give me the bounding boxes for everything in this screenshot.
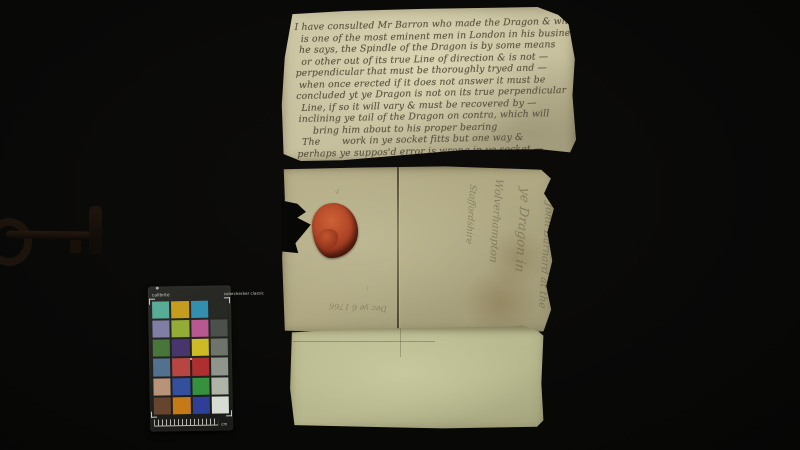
- color-patch: [153, 378, 171, 395]
- registration-corner-icon: [224, 297, 230, 303]
- color-patch: [153, 359, 171, 376]
- key-shaft: [6, 230, 92, 239]
- photo-background: I have consulted Mr Barron who made the …: [0, 0, 800, 450]
- registration-dot-icon: [189, 357, 191, 359]
- color-checker-card: calibrite colorchecker classic: [148, 285, 234, 431]
- address-handwriting: Mr John Barnard at the ye Dragon in Wolv…: [405, 160, 564, 336]
- registration-corner-icon: [226, 410, 232, 416]
- color-patch: [172, 359, 190, 376]
- ink-smudge: ~: [361, 285, 372, 311]
- flap-crease: [293, 341, 435, 342]
- color-patch: [210, 320, 228, 337]
- docket-date: Dec ye 6 1766: [329, 301, 387, 313]
- dark-key-object: [0, 200, 115, 260]
- key-bit: [70, 240, 81, 253]
- ruler-scale: [154, 419, 218, 427]
- color-patch: [172, 320, 190, 337]
- fold-crease: [397, 165, 399, 333]
- color-patch: [171, 301, 189, 318]
- card-product-label: colorchecker classic: [224, 290, 264, 295]
- key-bow: [0, 218, 32, 266]
- color-patch: [211, 377, 229, 394]
- color-patch: [173, 378, 191, 395]
- registration-corner-icon: [151, 412, 157, 418]
- color-patch: [192, 397, 210, 414]
- wax-seal-lump: [318, 229, 338, 249]
- color-patch: [173, 397, 191, 414]
- card-brand-label: calibrite: [152, 292, 170, 297]
- handwritten-text: I have consulted Mr Barron who made the …: [294, 16, 563, 161]
- color-patch: [192, 377, 210, 394]
- flap-crease-vertical: [400, 325, 401, 357]
- color-patch: [211, 358, 229, 375]
- color-patch: [191, 358, 209, 375]
- letter-page: I have consulted Mr Barron who made the …: [280, 7, 576, 165]
- letter-flap: [288, 325, 546, 431]
- color-patch: [190, 301, 208, 318]
- color-patch: [191, 339, 209, 356]
- card-header: calibrite colorchecker classic: [152, 287, 228, 300]
- registration-corner-icon: [149, 299, 155, 305]
- key-knob: [89, 206, 102, 254]
- color-patch: [191, 320, 209, 337]
- color-patch: [153, 340, 171, 357]
- color-patch: [152, 321, 170, 338]
- color-patch: [210, 339, 228, 356]
- ruler-unit-label: cm: [221, 422, 227, 427]
- color-patch: [172, 339, 190, 356]
- ink-smudge: 4: [335, 188, 358, 199]
